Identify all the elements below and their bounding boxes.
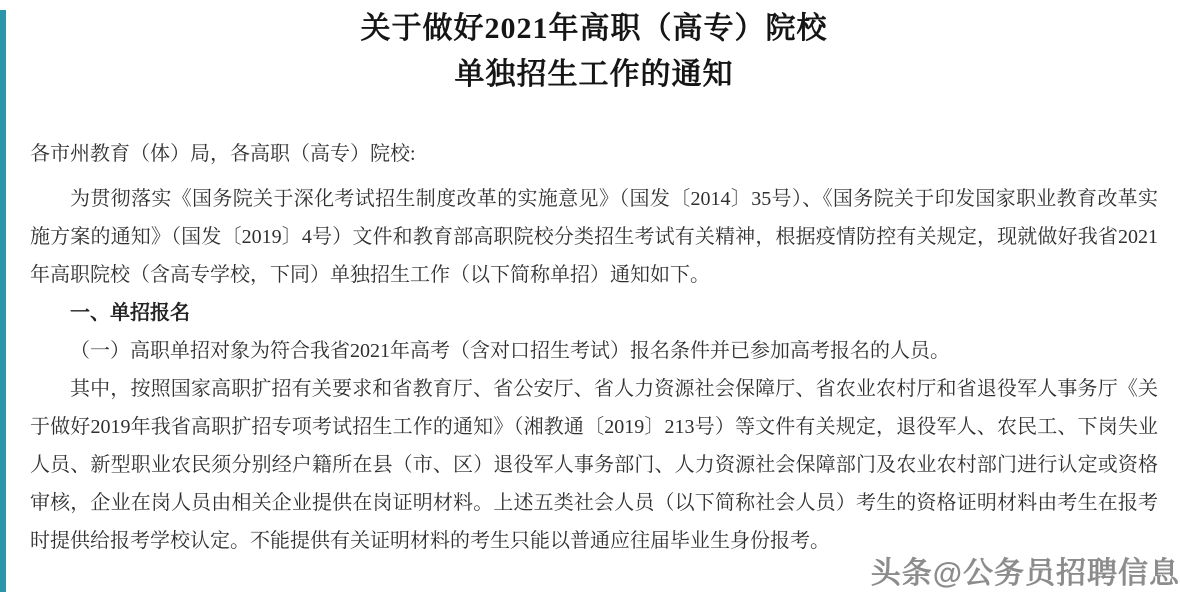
paragraph-intro: 为贯彻落实《国务院关于深化考试招生制度改革的实施意见》（国发〔2014〕35号）… xyxy=(30,180,1158,294)
document-title-line1: 关于做好2021年高职（高专）院校 xyxy=(30,6,1158,52)
section-heading-1: 一、单招报名 xyxy=(30,294,1158,332)
watermark-text: 头条@公务员招聘信息 xyxy=(871,548,1180,592)
paragraph-item-2: 其中，按照国家高职扩招有关要求和省教育厅、省公安厅、省人力资源社会保障厅、省农业… xyxy=(30,370,1158,560)
salutation-line: 各市州教育（体）局，各高职（高专）院校: xyxy=(30,135,1158,173)
document-title: 关于做好2021年高职（高专）院校 单独招生工作的通知 xyxy=(30,0,1158,98)
left-edge-accent-bar xyxy=(0,10,6,592)
paragraph-item-1: （一）高职单招对象为符合我省2021年高考（含对口招生考试）报名条件并已参加高考… xyxy=(30,332,1158,370)
document-body: 关于做好2021年高职（高专）院校 单独招生工作的通知 各市州教育（体）局，各高… xyxy=(30,0,1158,560)
document-title-line2: 单独招生工作的通知 xyxy=(30,52,1158,98)
document-content: 各市州教育（体）局，各高职（高专）院校: 为贯彻落实《国务院关于深化考试招生制度… xyxy=(30,135,1158,560)
notice-document-page: 关于做好2021年高职（高专）院校 单独招生工作的通知 各市州教育（体）局，各高… xyxy=(0,0,1180,592)
